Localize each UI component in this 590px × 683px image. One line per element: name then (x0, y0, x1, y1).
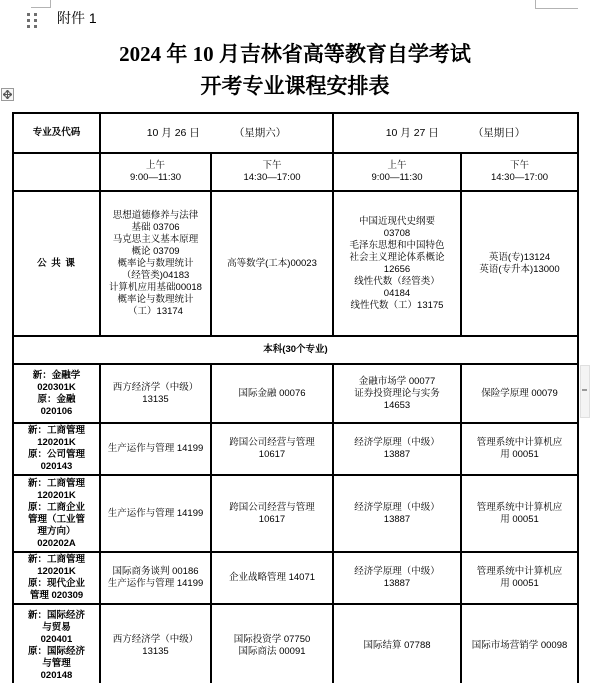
cell-major: 新：金融学 020301K 原：金融 020106 (13, 364, 100, 423)
cell-course: 国际结算 07788 (333, 604, 461, 683)
drag-handle-icon[interactable] (27, 13, 39, 29)
cell-course: 国际市场营销学 00098 (461, 604, 578, 683)
table-move-handle[interactable] (1, 88, 14, 101)
table-row-public-courses: 公 共 课 思想道德修养与法律 基础 03706 马克思主义基本原理 概论 03… (13, 191, 578, 336)
scrollbar-thumb-mark (582, 389, 587, 391)
header-day1-pm: 下午 14:30—17:00 (211, 153, 333, 191)
scrollbar-fragment[interactable] (580, 365, 590, 418)
cell-course: 生产运作与管理 14199 (100, 423, 211, 475)
table-row: 新：工商管理 120201K 原：工商企业 管理（工业管 理方向） 020202… (13, 475, 578, 552)
day2-date: 10 月 27 日 (386, 127, 439, 139)
cell-course: 国际金融 00076 (211, 364, 333, 423)
cell-course: 金融市场学 00077 证券投资理论与实务 14653 (333, 364, 461, 423)
document-page: 附件 1 2024 年 10 月吉林省高等教育自学考试 开考专业课程安排表 专业… (0, 0, 590, 683)
cell-course: 经济学原理（中级） 13887 (333, 475, 461, 552)
day2-weekday: （星期日） (473, 127, 526, 139)
header-day1-am: 上午 9:00—11:30 (100, 153, 211, 191)
cell-course: 思想道德修养与法律 基础 03706 马克思主义基本原理 概论 03709 概率… (100, 191, 211, 336)
table-row: 新：工商管理 120201K 原：现代企业 管理 020309 国际商务谈判 0… (13, 552, 578, 604)
cell-course: 英语(专)13124 英语(专升本)13000 (461, 191, 578, 336)
cell-course: 管理系统中计算机应 用 00051 (461, 475, 578, 552)
cell-course: 保险学原理 00079 (461, 364, 578, 423)
cell-major: 新：工商管理 120201K 原：现代企业 管理 020309 (13, 552, 100, 604)
cell-course: 西方经济学（中级） 13135 (100, 364, 211, 423)
page-title-line1: 2024 年 10 月吉林省高等教育自学考试 (0, 38, 590, 68)
cell-course: 企业战略管理 14071 (211, 552, 333, 604)
four-way-arrow-icon (3, 90, 12, 99)
cell-course: 西方经济学（中级） 13135 (100, 604, 211, 683)
header-day2-am: 上午 9:00—11:30 (333, 153, 461, 191)
header-day1: 10 月 26 日 （星期六） (100, 113, 333, 153)
table-row: 新：国际经济 与贸易 020401 原：国际经济 与管理 020148 西方经济… (13, 604, 578, 683)
cell-course: 管理系统中计算机应 用 00051 (461, 423, 578, 475)
cell-course: 高等数学(工本)00023 (211, 191, 333, 336)
table-section-row: 本科(30个专业) (13, 336, 578, 364)
cell-course: 国际投资学 07750 国际商法 00091 (211, 604, 333, 683)
cell-course: 中国近现代史纲要 03708 毛泽东思想和中国特色 社会主义理论体系概论 126… (333, 191, 461, 336)
day1-weekday: （星期六） (234, 127, 287, 139)
cell-major: 新：工商管理 120201K 原：公司管理 020143 (13, 423, 100, 475)
table-header-row-sessions: 上午 9:00—11:30 下午 14:30—17:00 上午 9:00—11:… (13, 153, 578, 191)
cell-course: 国际商务谈判 00186 生产运作与管理 14199 (100, 552, 211, 604)
public-courses-label: 公 共 课 (13, 191, 100, 336)
cell-major: 新：国际经济 与贸易 020401 原：国际经济 与管理 020148 (13, 604, 100, 683)
table-row: 新：金融学 020301K 原：金融 020106 西方经济学（中级） 1313… (13, 364, 578, 423)
cell-course: 经济学原理（中级） 13887 (333, 423, 461, 475)
header-day2-pm: 下午 14:30—17:00 (461, 153, 578, 191)
table-header-row-dates: 专业及代码 10 月 26 日 （星期六） 10 月 27 日 （星期日） (13, 113, 578, 153)
cell-course: 跨国公司经营与管理 10617 (211, 423, 333, 475)
exam-schedule-table: 专业及代码 10 月 26 日 （星期六） 10 月 27 日 （星期日） 上午… (12, 112, 579, 683)
margin-corner-mark-left-icon (31, 0, 51, 8)
margin-corner-mark-right-icon (535, 0, 578, 9)
cell-course: 管理系统中计算机应 用 00051 (461, 552, 578, 604)
header-empty-cell (13, 153, 100, 191)
section-label: 本科(30个专业) (13, 336, 578, 364)
cell-course: 跨国公司经营与管理 10617 (211, 475, 333, 552)
cell-major: 新：工商管理 120201K 原：工商企业 管理（工业管 理方向） 020202… (13, 475, 100, 552)
cell-course: 经济学原理（中级） 13887 (333, 552, 461, 604)
cell-course: 生产运作与管理 14199 (100, 475, 211, 552)
attachment-label: 附件 1 (57, 9, 97, 27)
header-day2: 10 月 27 日 （星期日） (333, 113, 578, 153)
table-row: 新：工商管理 120201K 原：公司管理 020143 生产运作与管理 141… (13, 423, 578, 475)
day1-date: 10 月 26 日 (147, 127, 200, 139)
page-title-line2: 开考专业课程安排表 (0, 70, 590, 100)
header-major-col: 专业及代码 (13, 113, 100, 153)
